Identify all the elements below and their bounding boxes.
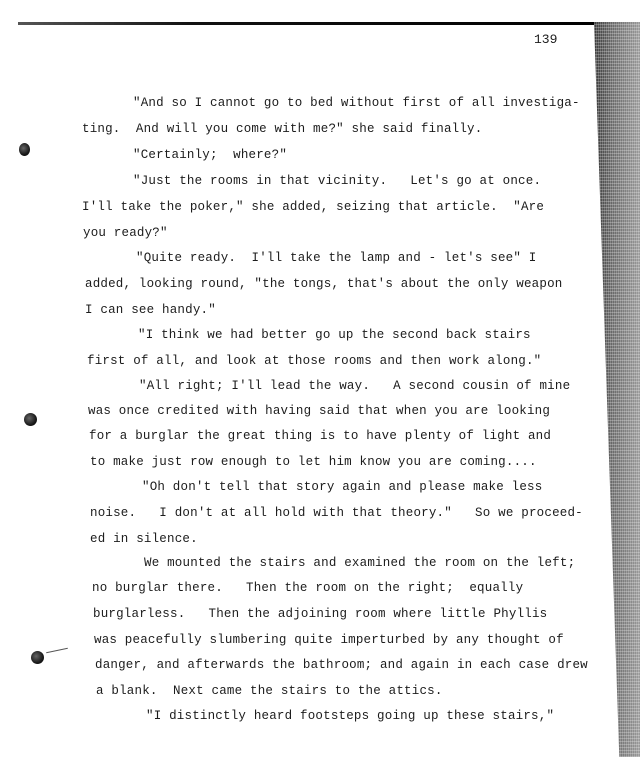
text-line: "And so I cannot go to bed without first…	[133, 96, 580, 110]
text-line: I'll take the poker," she added, seizing…	[82, 200, 544, 214]
page-right-edge-shadow	[594, 22, 640, 757]
stray-mark	[46, 648, 68, 654]
punch-hole-top	[19, 143, 30, 156]
text-line: you ready?"	[83, 226, 168, 240]
text-line: was once credited with having said that …	[88, 404, 550, 418]
text-line: noise. I don't at all hold with that the…	[90, 506, 583, 520]
text-line: added, looking round, "the tongs, that's…	[85, 277, 562, 291]
text-line: ed in silence.	[90, 532, 198, 546]
text-line: "All right; I'll lead the way. A second …	[139, 379, 570, 393]
text-line: I can see handy."	[85, 303, 216, 317]
text-line: for a burglar the great thing is to have…	[89, 429, 551, 443]
text-line: "Certainly; where?"	[133, 148, 287, 162]
punch-hole-bottom	[31, 651, 44, 664]
text-line: no burglar there. Then the room on the r…	[92, 581, 523, 595]
page-top-edge	[18, 22, 596, 25]
text-line: was peacefully slumbering quite impertur…	[94, 633, 564, 647]
text-line: danger, and afterwards the bathroom; and…	[95, 658, 588, 672]
text-line: We mounted the stairs and examined the r…	[144, 556, 575, 570]
text-line: "I distinctly heard footsteps going up t…	[146, 709, 554, 723]
text-line: first of all, and look at those rooms an…	[87, 354, 541, 368]
text-line: to make just row enough to let him know …	[90, 455, 537, 469]
text-line: ting. And will you come with me?" she sa…	[82, 122, 482, 136]
page-number: 139	[534, 32, 557, 47]
text-line: "Quite ready. I'll take the lamp and - l…	[136, 251, 536, 265]
punch-hole-middle	[24, 413, 37, 426]
text-line: a blank. Next came the stairs to the att…	[96, 684, 443, 698]
text-line: burglarless. Then the adjoining room whe…	[93, 607, 547, 621]
text-line: "Just the rooms in that vicinity. Let's …	[133, 174, 541, 188]
text-line: "I think we had better go up the second …	[138, 328, 531, 342]
text-line: "Oh don't tell that story again and plea…	[142, 480, 542, 494]
